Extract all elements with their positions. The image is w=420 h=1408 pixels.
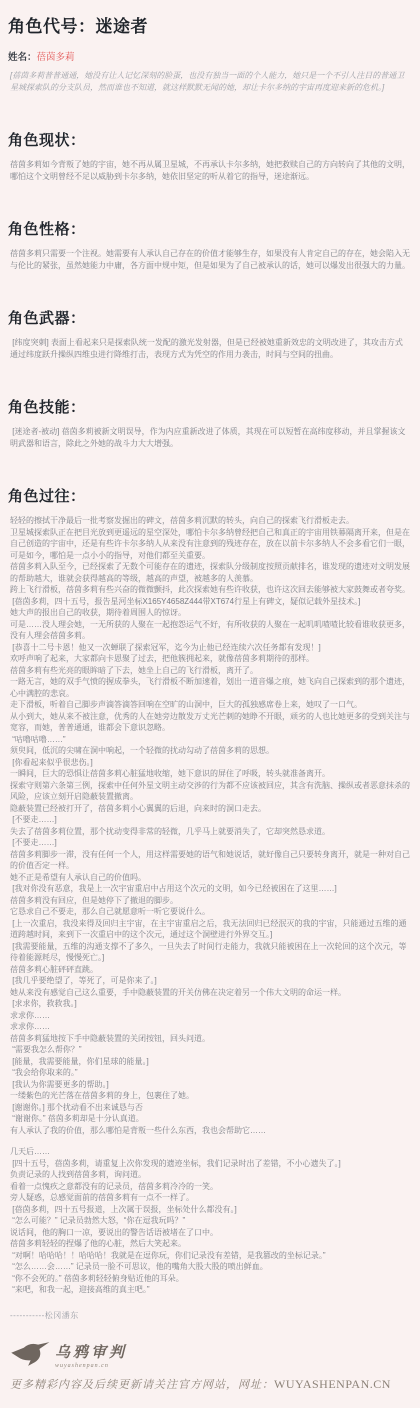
paragraph: 一缕紫色的光芒落在蓓茵多莉的身上，包裹住了她。 (10, 1090, 410, 1102)
paragraph: 看着一点愧疚之意都没有的记录员，蓓茵多莉冷冷的一笑。 (10, 1181, 410, 1193)
paragraph: [我对你没有恶意，我是上一次宇宙重启中占用这个次元的文明，如今已经被困在了这里…… (10, 883, 410, 895)
section-paragraphs: 蓓茵多莉如今背叛了她的宇宙，她不再从属卫星城，不再承认卡尔多纳，她把救赎自己的方… (8, 159, 412, 182)
paragraph: [你看起来似乎很悲伤。] (10, 757, 410, 769)
paragraph: “我会给你取来的。” (10, 1067, 410, 1079)
paragraph: [迷途者-被动] 蓓茵多莉被新文明误导，作为内应重新改进了体质，其现在可以短暂在… (10, 426, 410, 449)
footer-note-text: 更多精彩内容及后续更新请关注官方网站，网址： (10, 1379, 274, 1391)
section-heading: 角色武器： (8, 307, 412, 328)
character-name: 蓓茵多莉 (37, 52, 75, 63)
paragraph: 蓓茵多莉猛地按下手中隐蔽装置的关闭按钮，回头问道。 (10, 1033, 410, 1045)
name-row: 姓名：蓓茵多莉 (8, 49, 412, 63)
paragraph: 蓓茵多莉心脏砰砰直跳。 (10, 964, 410, 976)
page-title: 角色代号：迷途者 (8, 12, 412, 37)
paragraph: 蓓茵多莉轻轻的捏爆了他的心脏，然后大笑起来。 (10, 1238, 410, 1250)
section-paragraphs: 轻轻的擦拭干净最后一批考察发掘出的碑文，蓓茵多莉沉默的转头，向自己的探索飞行滑板… (8, 515, 412, 1296)
paragraph: [四十五号，蓓茵多莉，请重复上次你发现的遗迹坐标，我们记录时出了差错，不小心遗失… (10, 1158, 410, 1170)
paragraph: 她大声的报出自己的收获，期待着周围人的惊讶。 (10, 607, 410, 619)
paragraph: 蓓茵多莉入队至今，已经探索了无数个可能存在的遗迹，探索队分级制度按照贡献排名，谁… (10, 561, 410, 584)
paragraph: 她从来没有感觉自己这么重要，手中隐蔽装置的开关仿佛在决定着另一个伟大文明的命运一… (10, 987, 410, 999)
section-heading: 角色现状： (8, 129, 412, 150)
sections: 角色现状： 蓓茵多莉如今背叛了她的宇宙，她不再从属卫星城，不再承认卡尔多纳，她把… (8, 129, 412, 1296)
footer-site-url: WUYASHENPAN.CN (274, 1377, 391, 1391)
profile-section: 角色武器： [纬度突刺] 表面上看起来只是探索队统一发配的激光发射器，但是已经被… (8, 307, 412, 360)
section-heading: 角色过往： (8, 485, 412, 506)
section-paragraphs: [纬度突刺] 表面上看起来只是探索队统一发配的激光发射器，但是已经被她重新效忠的… (8, 337, 412, 360)
paragraph: [不要走……] (10, 814, 410, 826)
paragraph: 负责记录的人找到蓓茵多莉，询问道。 (10, 1169, 410, 1181)
logo-subtitle: wuyashenpan.cn (55, 1363, 127, 1369)
paragraph: 蓓茵多莉没有回应，但是她停下了撤退的脚步。 (10, 895, 410, 907)
paragraph: 探索守则第六条第三例，探索中任何外星文明主动交涉的行为都不应该被回应，其含有洗脑… (10, 780, 410, 803)
paragraph: “需要我怎么帮你？” (10, 1044, 410, 1056)
footer-logo: 乌鸦审判 wuyashenpan.cn (10, 1341, 412, 1369)
paragraph: “你不会死的。” 蓓茵多莉轻轻俯身贴近他的耳朵。 (10, 1273, 410, 1285)
character-intro: [蓓茵多莉普普通通，她没有让人记忆深刻的脸蛋，也没有独当一面的个人能力，她只是一… (10, 70, 410, 93)
paragraph: 求求你…… (10, 1010, 410, 1022)
logo-text-block: 乌鸦审判 wuyashenpan.cn (55, 1341, 127, 1369)
paragraph: [谢谢你。] 那个扰动看不出来诚恳与否 (10, 1102, 410, 1114)
paragraph: [我几乎要绝望了，等死了，可是你来了。] (10, 975, 410, 987)
section-paragraphs: [迷途者-被动] 蓓茵多莉被新文明误导，作为内应重新改进了体质，其现在可以短暂在… (8, 426, 412, 449)
paragraph: [蓓茵多莉，四十五号，报告星河坐标X165Y4658Z444带XT674行星上有… (10, 596, 410, 608)
paragraph: 蓓茵多莉只需要一个注视。她需要有人承认自己存在的价值才能够生存，如果没有人肯定自… (10, 248, 410, 271)
paragraph: “咕噜咕噜……” (10, 734, 410, 746)
paragraph: 从小到大，她从来不被注意，优秀的人在她旁边散发万丈光芒刺的她睁不开眼，顽劣的人也… (10, 711, 410, 734)
crow-icon (10, 1341, 50, 1367)
paragraph: 轻轻的擦拭干净最后一批考察发掘出的碑文，蓓茵多莉沉默的转头，向自己的探索飞行滑板… (10, 515, 410, 527)
paragraph: 旁人疑惑，总感觉面前的蓓茵多莉有一点不一样了。 (10, 1192, 410, 1204)
paragraph: 蓓茵多莉脚步一滞，没有任何一个人，用这样需要她的语气和她说话，就好像自己只要转身… (10, 849, 410, 872)
paragraph: [纬度突刺] 表面上看起来只是探索队统一发配的激光发射器，但是已经被她重新效忠的… (10, 337, 410, 360)
paragraph: “来吧，和我一起，迎接高维的真主吧。” (10, 1284, 410, 1296)
paragraph: “对啊！哈哈哈！！哈哈哈！我就是在逗你玩，你们记录没有差错，是我篡改的坐标记录。… (10, 1250, 410, 1262)
paragraph: 有人承认了我的价值，那么哪怕是背叛一些什么东西，我也会帮助它…… (10, 1125, 410, 1137)
paragraph: “谢谢你。” 蓓茵多莉却是十分认真道。 (10, 1113, 410, 1125)
paragraph: 一路无言，她的双手气愤的握成拳头，飞行滑板不断加速着，划出一道音爆之痕，她飞向自… (10, 676, 410, 699)
paragraph: [上一次重启，我没来得及回归主宇宙，在主宇宙重启之后，我无法回归已经泯灭的我的宇… (10, 918, 410, 941)
paragraph: 她不正是希望有人承认自己的价值吗。 (10, 872, 410, 884)
paragraph: 说话间，他的胸口一凉，要说出的警告话语被堵在了口中。 (10, 1227, 410, 1239)
author-signature: -----------松冈潘东 (10, 1310, 410, 1321)
site-footer: 乌鸦审判 wuyashenpan.cn 更多精彩内容及后续更新请关注官方网站，网… (10, 1341, 412, 1392)
paragraph: 欢呼声响了起来，大家都向卡恩聚了过去，把他簇拥起来，就像蓓茵多莉期待的那样。 (10, 653, 410, 665)
profile-section: 角色现状： 蓓茵多莉如今背叛了她的宇宙，她不再从属卫星城，不再承认卡尔多纳，她把… (8, 129, 412, 182)
paragraph: [恭喜十二号卡恩！他又一次蝉联了探索冠军，迄今为止他已经连续六次任务都有发现！] (10, 642, 410, 654)
paragraph: 失去了蓓茵多莉位置，那个扰动变得非常的轻微，几乎马上就要消失了，它却突然恳求道。 (10, 826, 410, 838)
logo-title: 乌鸦审判 (55, 1341, 127, 1362)
paragraph: [蓓茵多莉，四十五号报道，上次属于误报，坐标处什么都没有。] (10, 1204, 410, 1216)
paragraph: 跨上飞行滑板，蓓茵多莉有些兴奋的微微颤抖，此次探索她有些许收获，也许这次回去能够… (10, 584, 410, 596)
paragraph (10, 1136, 410, 1146)
paragraph: 它恳求自己不要走，那么自己就愿意听一听它要说什么。 (10, 906, 410, 918)
document-page: 角色代号：迷途者 姓名：蓓茵多莉 [蓓茵多莉普普通通，她没有让人记忆深刻的脸蛋，… (0, 0, 420, 1408)
paragraph: 蓓茵多莉如今背叛了她的宇宙，她不再从属卫星城，不再承认卡尔多纳，她把救赎自己的方… (10, 159, 410, 182)
profile-section: 角色过往： 轻轻的擦拭干净最后一批考察发掘出的碑文，蓓茵多莉沉默的转头，向自己的… (8, 485, 412, 1296)
paragraph: “怎么……会……” 记录员一脸不可思议，他的嘴角大股大股的喷出鲜血。 (10, 1261, 410, 1273)
section-heading: 角色技能： (8, 396, 412, 417)
paragraph: 求求你…… (10, 1021, 410, 1033)
paragraph: [我认为你需要更多的帮助。] (10, 1079, 410, 1091)
paragraph: 一瞬间，巨大的恐惧让蓓茵多莉心脏猛地收缩，她下意识的屏住了呼吸，转头就准备离开。 (10, 768, 410, 780)
name-label: 姓名： (8, 52, 37, 63)
paragraph: 隐蔽装置已经被打开了，蓓茵多莉小心翼翼的后退，向来时的洞口走去。 (10, 803, 410, 815)
paragraph: 蓓茵多莉有些光亮的眼眸暗了下去，她坐上自己的飞行滑板，离开了。 (10, 665, 410, 677)
paragraph: [我需要能量，五维的沟通支撑不了多久，一旦失去了时间行走能力，我就只能被困在上一… (10, 941, 410, 964)
paragraph: 走下滑板，听着自己脚步声滴答滴答回响在空旷的山洞中，巨大的孤独感席卷上来，她叹了… (10, 699, 410, 711)
paragraph: 卫星城探索队正在把目光放到更遥远的星空深处，哪怕卡尔多纳曾经把自己和真正的宇宙用… (10, 527, 410, 562)
section-paragraphs: 蓓茵多莉只需要一个注视。她需要有人承认自己存在的价值才能够生存，如果没有人肯定自… (8, 248, 412, 271)
footer-note: 更多精彩内容及后续更新请关注官方网站，网址：WUYASHENPAN.CN (10, 1376, 412, 1392)
paragraph: 几天后…… (10, 1146, 410, 1158)
profile-section: 角色性格： 蓓茵多莉只需要一个注视。她需要有人承认自己存在的价值才能够生存，如果… (8, 218, 412, 271)
profile-section: 角色技能： [迷途者-被动] 蓓茵多莉被新文明误导，作为内应重新改进了体质，其现… (8, 396, 412, 449)
paragraph: 可是……没人理会她，一无所获的人聚在一起抱怨运气不好，有所收获的人聚在一起叽叽喳… (10, 619, 410, 642)
paragraph: [求求你，救救我。] (10, 998, 410, 1010)
paragraph: [能量，我需要能量，你们星球的能量。] (10, 1056, 410, 1068)
paragraph: [不要走……] (10, 837, 410, 849)
paragraph: 须臾间，低沉的尖啸在洞中响起，一个轻微的扰动勾动了蓓茵多莉的思想。 (10, 745, 410, 757)
section-heading: 角色性格： (8, 218, 412, 239)
paragraph: “怎么可能？” 记录员勃然大怒，“你在逗我玩吗？” (10, 1215, 410, 1227)
